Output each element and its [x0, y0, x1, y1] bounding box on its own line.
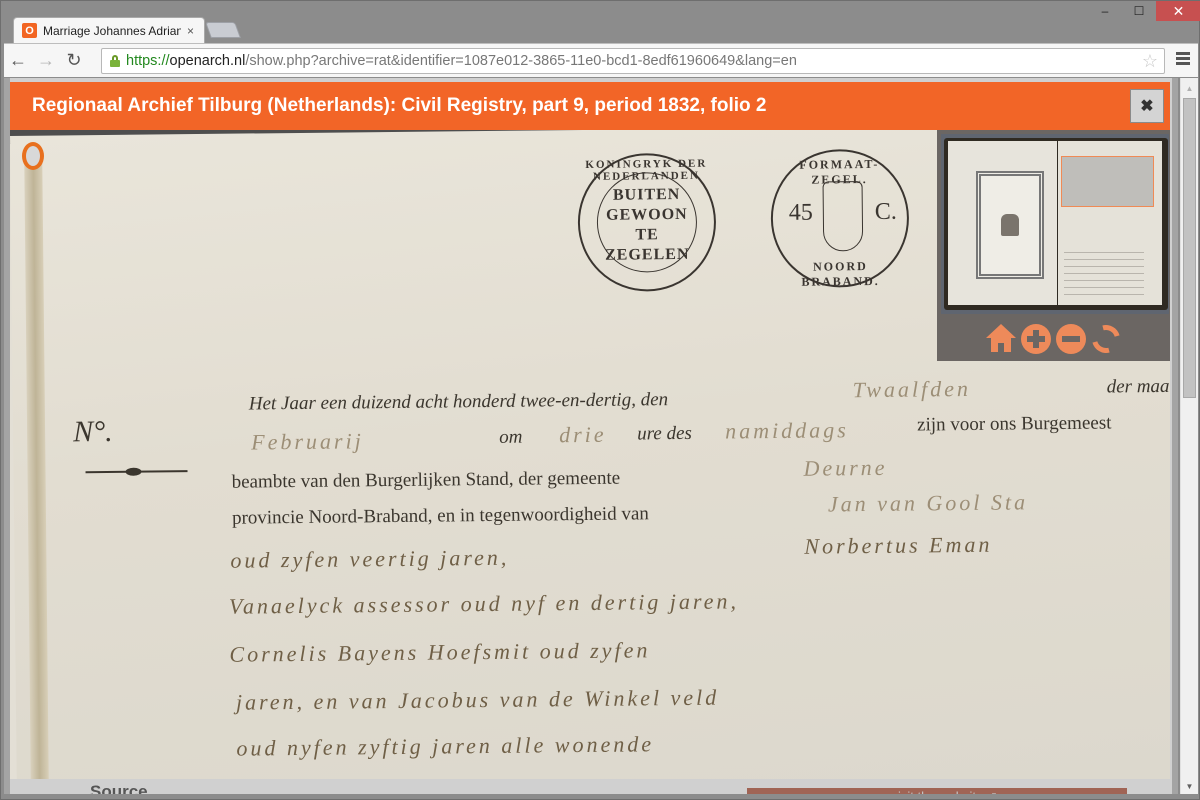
stamp-unit: C.	[875, 199, 897, 226]
scroll-thumb[interactable]	[1183, 98, 1196, 398]
scroll-up-arrow-icon[interactable]: ▲	[1181, 80, 1198, 96]
openarch-favicon-icon: O	[22, 23, 37, 38]
handwritten-hour: drie	[559, 422, 607, 448]
url-text[interactable]: https://openarch.nl/show.php?archive=rat…	[126, 53, 797, 69]
crest-icon	[823, 181, 864, 251]
stamp-value: 45	[789, 200, 813, 227]
handwritten-time-of-day: namiddags	[725, 417, 849, 444]
reload-button[interactable]: ↻	[60, 47, 88, 75]
handwritten-witness-2: Norbertus Eman	[804, 532, 992, 560]
modal-header: Regionaal Archief Tilburg (Netherlands):…	[10, 82, 1170, 130]
stamp-ring-bottom: NOORD BRABAND.	[773, 259, 907, 290]
handwritten-line-5: oud zyfen veertig jaren,	[230, 545, 509, 574]
printed-om: om	[499, 427, 522, 449]
tab-close-icon[interactable]: ×	[187, 24, 194, 38]
home-button[interactable]	[985, 323, 1017, 355]
stamp-buitengewoon: KONINGRYK DER NEDERLANDEN BUITEN GEWOON …	[577, 153, 716, 292]
tab-strip: O Marriage Johannes Adrianus × – ☐ ✕	[1, 1, 1200, 43]
zoom-in-icon	[1021, 324, 1051, 354]
printed-line-2-end: zijn voor ons Burgemeest	[917, 412, 1112, 436]
ornament-rule	[86, 470, 188, 473]
handwritten-line-7: Cornelis Bayens Hoefsmit oud zyfen	[229, 637, 650, 667]
printed-line-4: provincie Noord-Braband, en in tegenwoor…	[232, 503, 649, 529]
scan-viewer[interactable]: KONINGRYK DER NEDERLANDEN BUITEN GEWOON …	[10, 130, 1170, 779]
bookmark-star-icon[interactable]: ☆	[1142, 51, 1158, 72]
handwritten-day: Twaalfden	[853, 376, 972, 403]
modal-title: Regionaal Archief Tilburg (Netherlands):…	[32, 95, 766, 117]
handwritten-month: Februarij	[251, 428, 364, 455]
lock-icon[interactable]	[110, 55, 120, 67]
openarch-logo-icon	[22, 142, 44, 170]
printed-ure-des: ure des	[637, 423, 692, 446]
printed-line-3: beambte van den Burgerlijken Stand, der …	[232, 468, 621, 494]
printed-line-1: Het Jaar een duizend acht honderd twee-e…	[249, 389, 669, 415]
handwritten-line-8: jaren, en van Jacobus van de Winkel veld	[236, 685, 720, 716]
stamp-ring-text: KONINGRYK DER NEDERLANDEN	[579, 158, 713, 183]
browser-window: O Marriage Johannes Adrianus × – ☐ ✕ ← →…	[0, 0, 1200, 800]
stamp-formaat-zegel: FORMAAT-ZEGEL. 45 C. NOORD BRABAND.	[770, 149, 909, 288]
navigator-panel	[937, 130, 1170, 361]
back-button[interactable]: ←	[4, 47, 32, 75]
maximize-button[interactable]: ☐	[1122, 1, 1156, 21]
browser-toolbar: ← → ↻ https://openarch.nl/show.php?archi…	[4, 43, 1198, 77]
tab-marriage-record[interactable]: O Marriage Johannes Adrianus ×	[13, 17, 205, 43]
number-mark: N°.	[73, 415, 113, 449]
forward-button[interactable]: →	[32, 47, 60, 75]
handwritten-witness-1: Jan van Gool Sta	[828, 489, 1028, 517]
page-viewport: Source or visit the website ↗ Regionaal …	[4, 78, 1178, 794]
close-window-button[interactable]: ✕	[1156, 1, 1200, 21]
frontispiece-icon	[976, 171, 1044, 279]
rotate-icon	[1087, 319, 1125, 357]
zoom-out-icon	[1056, 324, 1086, 354]
scroll-down-arrow-icon[interactable]: ▼	[1181, 778, 1198, 794]
url-scheme: https://	[126, 53, 170, 69]
printed-line-1-end: der maa	[1107, 376, 1170, 399]
zoom-in-button[interactable]	[1020, 323, 1052, 355]
zoom-out-button[interactable]	[1055, 323, 1087, 355]
rotate-button[interactable]	[1090, 323, 1122, 355]
page-scrollbar[interactable]: ▲ ▼	[1180, 78, 1198, 794]
handwritten-line-9: oud nyfen zyftig jaren alle wonende	[236, 731, 654, 761]
url-host: openarch.nl	[170, 53, 246, 69]
chrome-menu-icon[interactable]	[1176, 52, 1190, 67]
stamp-center-text: BUITEN GEWOON TE ZEGELEN	[580, 185, 715, 266]
minimize-button[interactable]: –	[1088, 1, 1122, 21]
window-controls: – ☐ ✕	[1088, 1, 1200, 21]
book-thumbnail	[944, 138, 1168, 310]
modal-close-button[interactable]: ✖	[1130, 89, 1164, 123]
url-path: /show.php?archive=rat&identifier=1087e01…	[245, 53, 797, 69]
navigator-viewport-region[interactable]	[1061, 156, 1154, 207]
tab-title: Marriage Johannes Adrianus	[43, 24, 181, 38]
image-viewer-modal: Regionaal Archief Tilburg (Netherlands):…	[10, 82, 1170, 775]
handwritten-line-6: Vanaelyck assessor oud nyf en dertig jar…	[229, 588, 739, 619]
navigator-thumbnail[interactable]	[941, 134, 1169, 314]
viewer-controls	[937, 316, 1170, 361]
page-binding	[24, 150, 49, 779]
handwritten-municipality: Deurne	[803, 455, 887, 482]
new-tab-button[interactable]	[205, 22, 241, 38]
address-bar[interactable]: https://openarch.nl/show.php?archive=rat…	[101, 48, 1165, 74]
home-icon	[986, 324, 1016, 354]
